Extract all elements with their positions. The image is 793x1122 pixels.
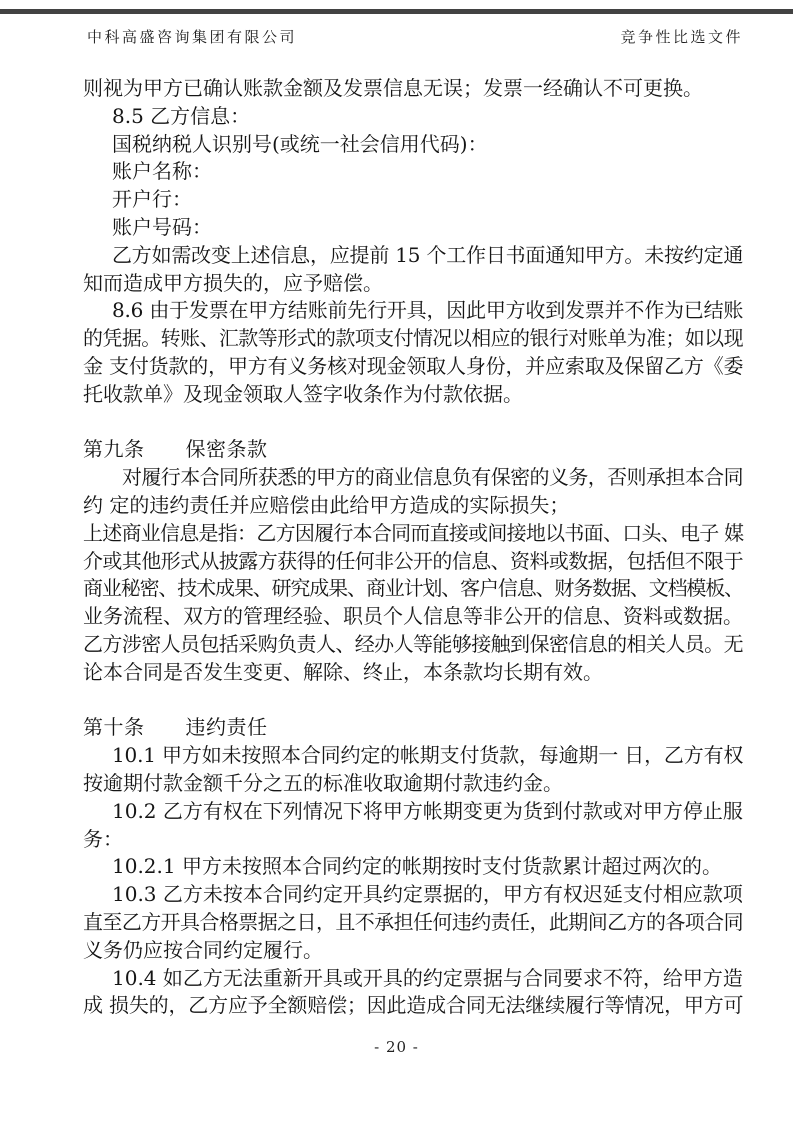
- text-line: 8.5 乙方信息：: [83, 103, 743, 131]
- text-line: 直至乙方开具合格票据之日，且不承担任何违约责任，此期间乙方的各项合同: [83, 909, 743, 937]
- blank-line: [83, 409, 743, 437]
- document-body: 则视为甲方已确认账款金额及发票信息无误；发票一经确认不可更换。8.5 乙方信息：…: [83, 75, 743, 1020]
- text-line: 论本合同是否发生变更、解除、终止，本条款均长期有效。: [83, 659, 743, 687]
- text-line: 账户名称：: [83, 158, 743, 186]
- page-header: 中科高盛咨询集团有限公司 竞争性比选文件: [87, 26, 743, 47]
- text-line: 上述商业信息是指：乙方因履行本合同而直接或间接地以书面、口头、电子 媒: [83, 520, 743, 548]
- text-line: 务：: [83, 826, 743, 854]
- text-line: 10.3 乙方未按本合同约定开具约定票据的，甲方有权迟延支付相应款项: [83, 881, 743, 909]
- text-line: 10.4 如乙方无法重新开具或开具的约定票据与合同要求不符，给甲方造: [83, 965, 743, 993]
- text-line: 商业秘密、技术成果、研究成果、商业计划、客户信息、财务数据、文档模板、: [83, 575, 743, 603]
- text-line: 业务流程、双方的管理经验、职员个人信息等非公开的信息、资料或数据。: [83, 603, 743, 631]
- text-line: 乙方如需改变上述信息，应提前 15 个工作日书面通知甲方。未按约定通: [83, 242, 743, 270]
- text-line: 乙方涉密人员包括采购负责人、经办人等能够接触到保密信息的相关人员。无: [83, 631, 743, 659]
- text-line: 义务仍应按合同约定履行。: [83, 937, 743, 965]
- text-line: 按逾期付款金额千分之五的标准收取逾期付款违约金。: [83, 770, 743, 798]
- page-edge-line: [0, 9, 793, 14]
- text-line: 对履行本合同所获悉的甲方的商业信息负有保密的义务，否则承担本合同: [83, 464, 743, 492]
- text-line: 介或其他形式从披露方获得的任何非公开的信息、资料或数据，包括但不限于: [83, 548, 743, 576]
- text-line: 的凭据。转账、汇款等形式的款项支付情况以相应的银行对账单为准；如以现: [83, 325, 743, 353]
- page-footer: - 20 -: [0, 1038, 793, 1056]
- text-line: 金 支付货款的，甲方有义务核对现金领取人身份，并应索取及保留乙方《委: [83, 353, 743, 381]
- page-number: - 20 -: [374, 1038, 419, 1056]
- text-line: 10.2.1 甲方未按照本合同约定的帐期按时支付货款累计超过两次的。: [83, 853, 743, 881]
- text-line: 成 损失的，乙方应予全额赔偿；因此造成合同无法继续履行等情况，甲方可: [83, 992, 743, 1020]
- text-line: 开户行：: [83, 186, 743, 214]
- text-line: 10.1 甲方如未按照本合同约定的帐期支付货款，每逾期一 日，乙方有权: [83, 742, 743, 770]
- text-line: 10.2 乙方有权在下列情况下将甲方帐期变更为货到付款或对甲方停止服: [83, 798, 743, 826]
- text-line: 托收款单》及现金领取人签字收条作为付款依据。: [83, 381, 743, 409]
- header-company-name: 中科高盛咨询集团有限公司: [87, 26, 297, 47]
- text-line: 则视为甲方已确认账款金额及发票信息无误；发票一经确认不可更换。: [83, 75, 743, 103]
- text-line: 知而造成甲方损失的，应予赔偿。: [83, 270, 743, 298]
- blank-line: [83, 687, 743, 715]
- section-heading: 第九条 保密条款: [83, 436, 743, 464]
- section-heading: 第十条 违约责任: [83, 714, 743, 742]
- text-line: 8.6 由于发票在甲方结账前先行开具，因此甲方收到发票并不作为已结账: [83, 297, 743, 325]
- text-line: 账户号码：: [83, 214, 743, 242]
- text-line: 约 定的违约责任并应赔偿由此给甲方造成的实际损失；: [83, 492, 743, 520]
- header-doc-type: 竞争性比选文件: [620, 26, 743, 47]
- document-page: 中科高盛咨询集团有限公司 竞争性比选文件 则视为甲方已确认账款金额及发票信息无误…: [0, 0, 793, 1122]
- text-line: 国税纳税人识别号(或统一社会信用代码)：: [83, 131, 743, 159]
